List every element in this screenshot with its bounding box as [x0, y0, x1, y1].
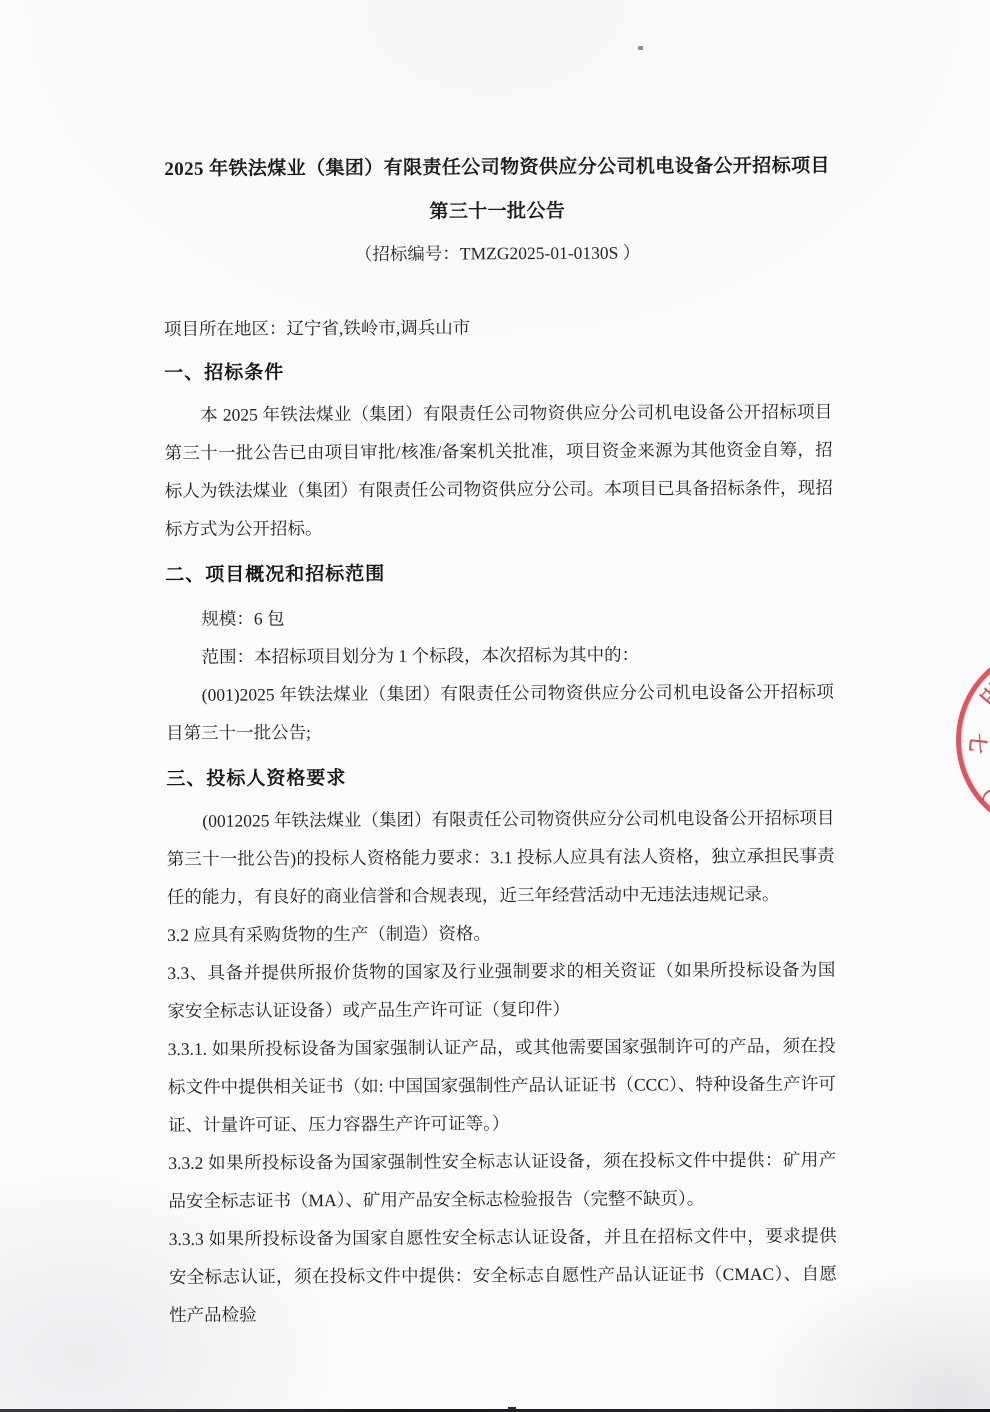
- section-3-paragraph-3-1: (0012025 年铁法煤业（集团）有限责任公司物资供应分公司机电设备公开招标项…: [166, 798, 835, 915]
- document-title-line2: 第三十一批公告: [163, 189, 831, 236]
- tender-number-line: （招标编号：TMZG2025-01-0130S ）: [163, 235, 831, 272]
- seal-character: 阳: [974, 679, 990, 713]
- section-2-paragraph-scale: 规模：6 包: [165, 596, 833, 637]
- document-content: 2025 年铁法煤业（集团）有限责任公司物资供应分公司机电设备公开招标项目 第三…: [163, 145, 837, 1334]
- section-3-paragraph-3-3-2: 3.3.2 如果所投标设备为国家强制性安全标志认证设备，须在投标文件中提供：矿用…: [168, 1140, 836, 1219]
- seal-character: 七: [964, 732, 990, 755]
- section-3-paragraph-3-3-1: 3.3.1. 如果所投标设备为国家强制认证产品，或其他需要国家强制许可的产品，须…: [168, 1026, 837, 1143]
- section-heading-3: 三、投标人资格要求: [166, 760, 834, 795]
- section-1-paragraph-1: 本 2025 年铁法煤业（集团）有限责任公司物资供应分公司机电设备公开招标项目第…: [164, 392, 833, 547]
- section-heading-1: 一、招标条件: [164, 354, 832, 389]
- section-heading-2: 二、项目概况和招标范围: [165, 556, 833, 591]
- scan-artifact-speck: [638, 46, 643, 50]
- section-3-paragraph-3-3-3: 3.3.3 如果所投标设备为国家自愿性安全标志认证设备，并且在招标文件中，要求提…: [169, 1216, 838, 1333]
- section-3-paragraph-3-3: 3.3、具备并提供所报价货物的国家及行业强制要求的相关资证（如果所投标设备为国家…: [167, 950, 835, 1029]
- section-2-paragraph-lot: (001)2025 年铁法煤业（集团）有限责任公司物资供应分公司机电设备公开招标…: [166, 672, 834, 751]
- seal-character: （: [971, 772, 990, 803]
- official-red-seal-stamp: 阳 七 （: [956, 645, 990, 835]
- document-title: 2025 年铁法煤业（集团）有限责任公司物资供应分公司机电设备公开招标项目 第三…: [163, 145, 831, 236]
- document-title-line1: 2025 年铁法煤业（集团）有限责任公司物资供应分公司机电设备公开招标项目: [163, 145, 831, 192]
- scanned-tender-announcement-page: 2025 年铁法煤业（集团）有限责任公司物资供应分公司机电设备公开招标项目 第三…: [0, 0, 990, 1412]
- scan-bottom-edge-mark: [508, 1407, 516, 1410]
- project-location-line: 项目所在地区：辽宁省,铁岭市,调兵山市: [164, 309, 832, 346]
- section-2-paragraph-scope: 范围：本招标项目划分为 1 个标段，本次招标为其中的：: [166, 634, 834, 675]
- seal-ring: [956, 645, 990, 835]
- section-3-paragraph-3-2: 3.2 应具有采购货物的生产（制造）资格。: [167, 912, 835, 953]
